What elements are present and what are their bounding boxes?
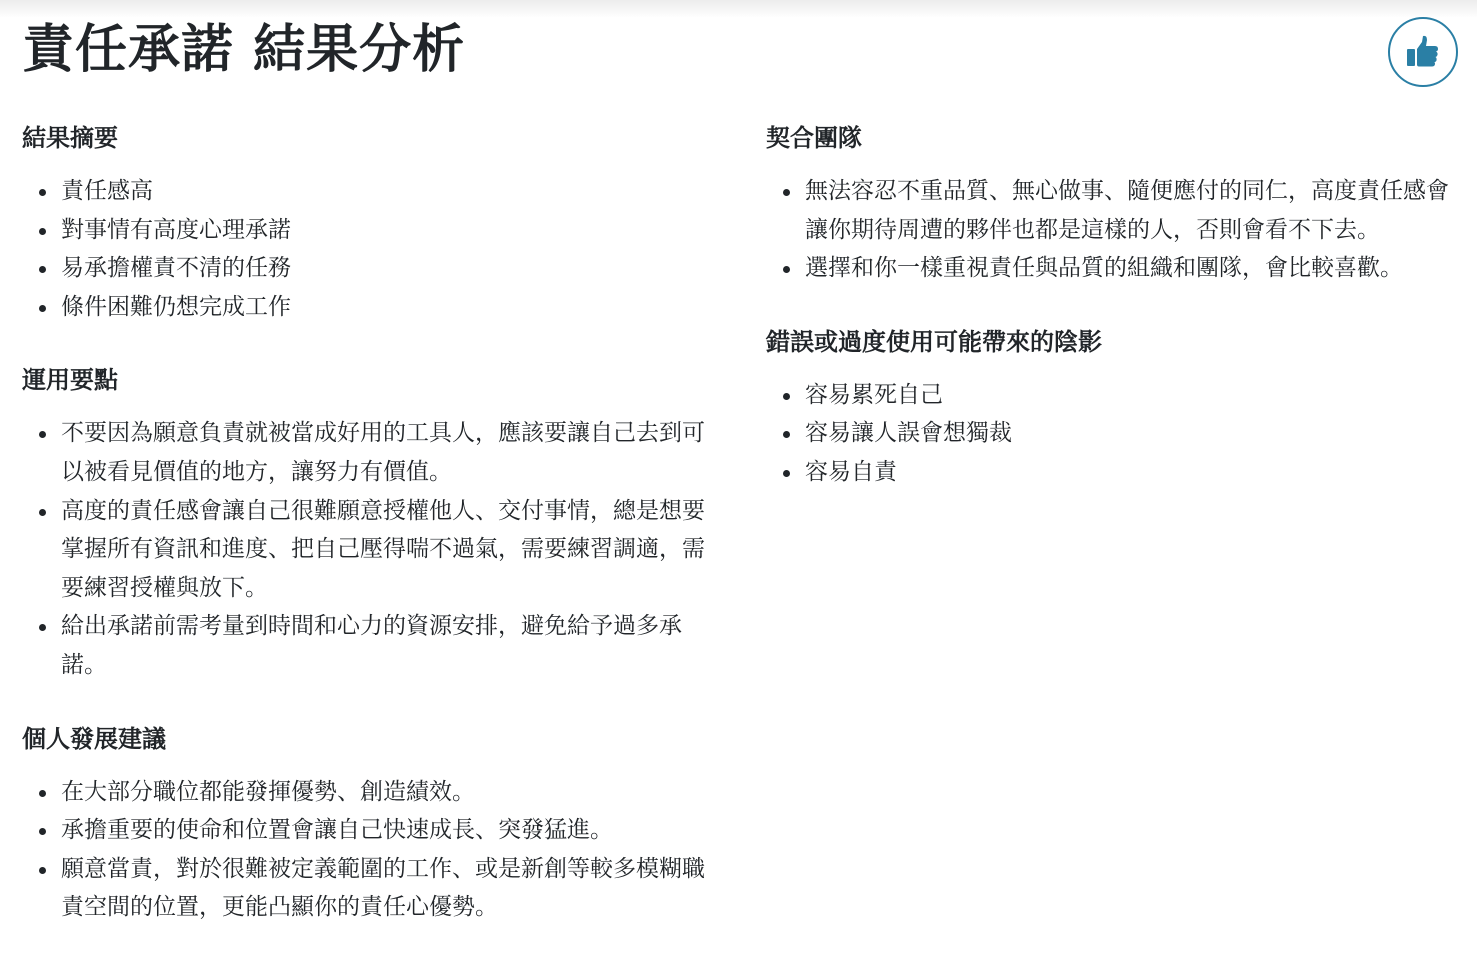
section-heading: 個人發展建議 — [22, 719, 722, 759]
section-overuse-shadow: 錯誤或過度使用可能帶來的陰影 容易累死自己 容易讓人誤會想獨裁 容易自責 — [766, 322, 1466, 492]
like-button[interactable] — [1388, 17, 1458, 87]
list-item: 易承擔權責不清的任務 — [61, 249, 722, 288]
section-heading: 運用要點 — [22, 360, 722, 400]
bullet-list: 不要因為願意負責就被當成好用的工具人，應該要讓自己去到可以被看見價值的地方，讓努… — [22, 414, 722, 684]
section-heading: 契合團隊 — [766, 118, 1466, 158]
list-item: 願意當責，對於很難被定義範圍的工作、或是新創等較多模糊職責空間的位置，更能凸顯你… — [61, 850, 722, 927]
thumbs-up-icon — [1405, 34, 1441, 70]
right-column: 契合團隊 無法容忍不重品質、無心做事、隨便應付的同仁，高度責任感會讓你期待周遭的… — [766, 118, 1466, 526]
list-item: 條件困難仍想完成工作 — [61, 288, 722, 327]
section-result-summary: 結果摘要 責任感高 對事情有高度心理承諾 易承擔權責不清的任務 條件困難仍想完成… — [22, 118, 722, 326]
section-personal-development: 個人發展建議 在大部分職位都能發揮優勢、創造績效。 承擔重要的使命和位置會讓自己… — [22, 719, 722, 927]
list-item: 容易讓人誤會想獨裁 — [805, 414, 1466, 453]
list-item: 對事情有高度心理承諾 — [61, 211, 722, 250]
section-heading: 錯誤或過度使用可能帶來的陰影 — [766, 322, 1466, 362]
list-item: 責任感高 — [61, 172, 722, 211]
bullet-list: 責任感高 對事情有高度心理承諾 易承擔權責不清的任務 條件困難仍想完成工作 — [22, 172, 722, 326]
section-usage-points: 運用要點 不要因為願意負責就被當成好用的工具人，應該要讓自己去到可以被看見價值的… — [22, 360, 722, 684]
list-item: 不要因為願意負責就被當成好用的工具人，應該要讓自己去到可以被看見價值的地方，讓努… — [61, 414, 722, 491]
list-item: 容易累死自己 — [805, 376, 1466, 415]
bullet-list: 在大部分職位都能發揮優勢、創造績效。 承擔重要的使命和位置會讓自己快速成長、突發… — [22, 773, 722, 927]
list-item: 承擔重要的使命和位置會讓自己快速成長、突發猛進。 — [61, 811, 722, 850]
list-item: 選擇和你一樣重視責任與品質的組織和團隊，會比較喜歡。 — [805, 249, 1466, 288]
section-heading: 結果摘要 — [22, 118, 722, 158]
section-fit-team: 契合團隊 無法容忍不重品質、無心做事、隨便應付的同仁，高度責任感會讓你期待周遭的… — [766, 118, 1466, 288]
list-item: 高度的責任感會讓自己很難願意授權他人、交付事情，總是想要掌握所有資訊和進度、把自… — [61, 492, 722, 608]
list-item: 無法容忍不重品質、無心做事、隨便應付的同仁，高度責任感會讓你期待周遭的夥伴也都是… — [805, 172, 1466, 249]
list-item: 給出承諾前需考量到時間和心力的資源安排，避免給予過多承諾。 — [61, 607, 722, 684]
left-column: 結果摘要 責任感高 對事情有高度心理承諾 易承擔權責不清的任務 條件困難仍想完成… — [22, 118, 722, 961]
bullet-list: 容易累死自己 容易讓人誤會想獨裁 容易自責 — [766, 376, 1466, 492]
page-title: 責任承諾 結果分析 — [22, 14, 465, 86]
list-item: 容易自責 — [805, 453, 1466, 492]
list-item: 在大部分職位都能發揮優勢、創造績效。 — [61, 773, 722, 812]
bullet-list: 無法容忍不重品質、無心做事、隨便應付的同仁，高度責任感會讓你期待周遭的夥伴也都是… — [766, 172, 1466, 288]
